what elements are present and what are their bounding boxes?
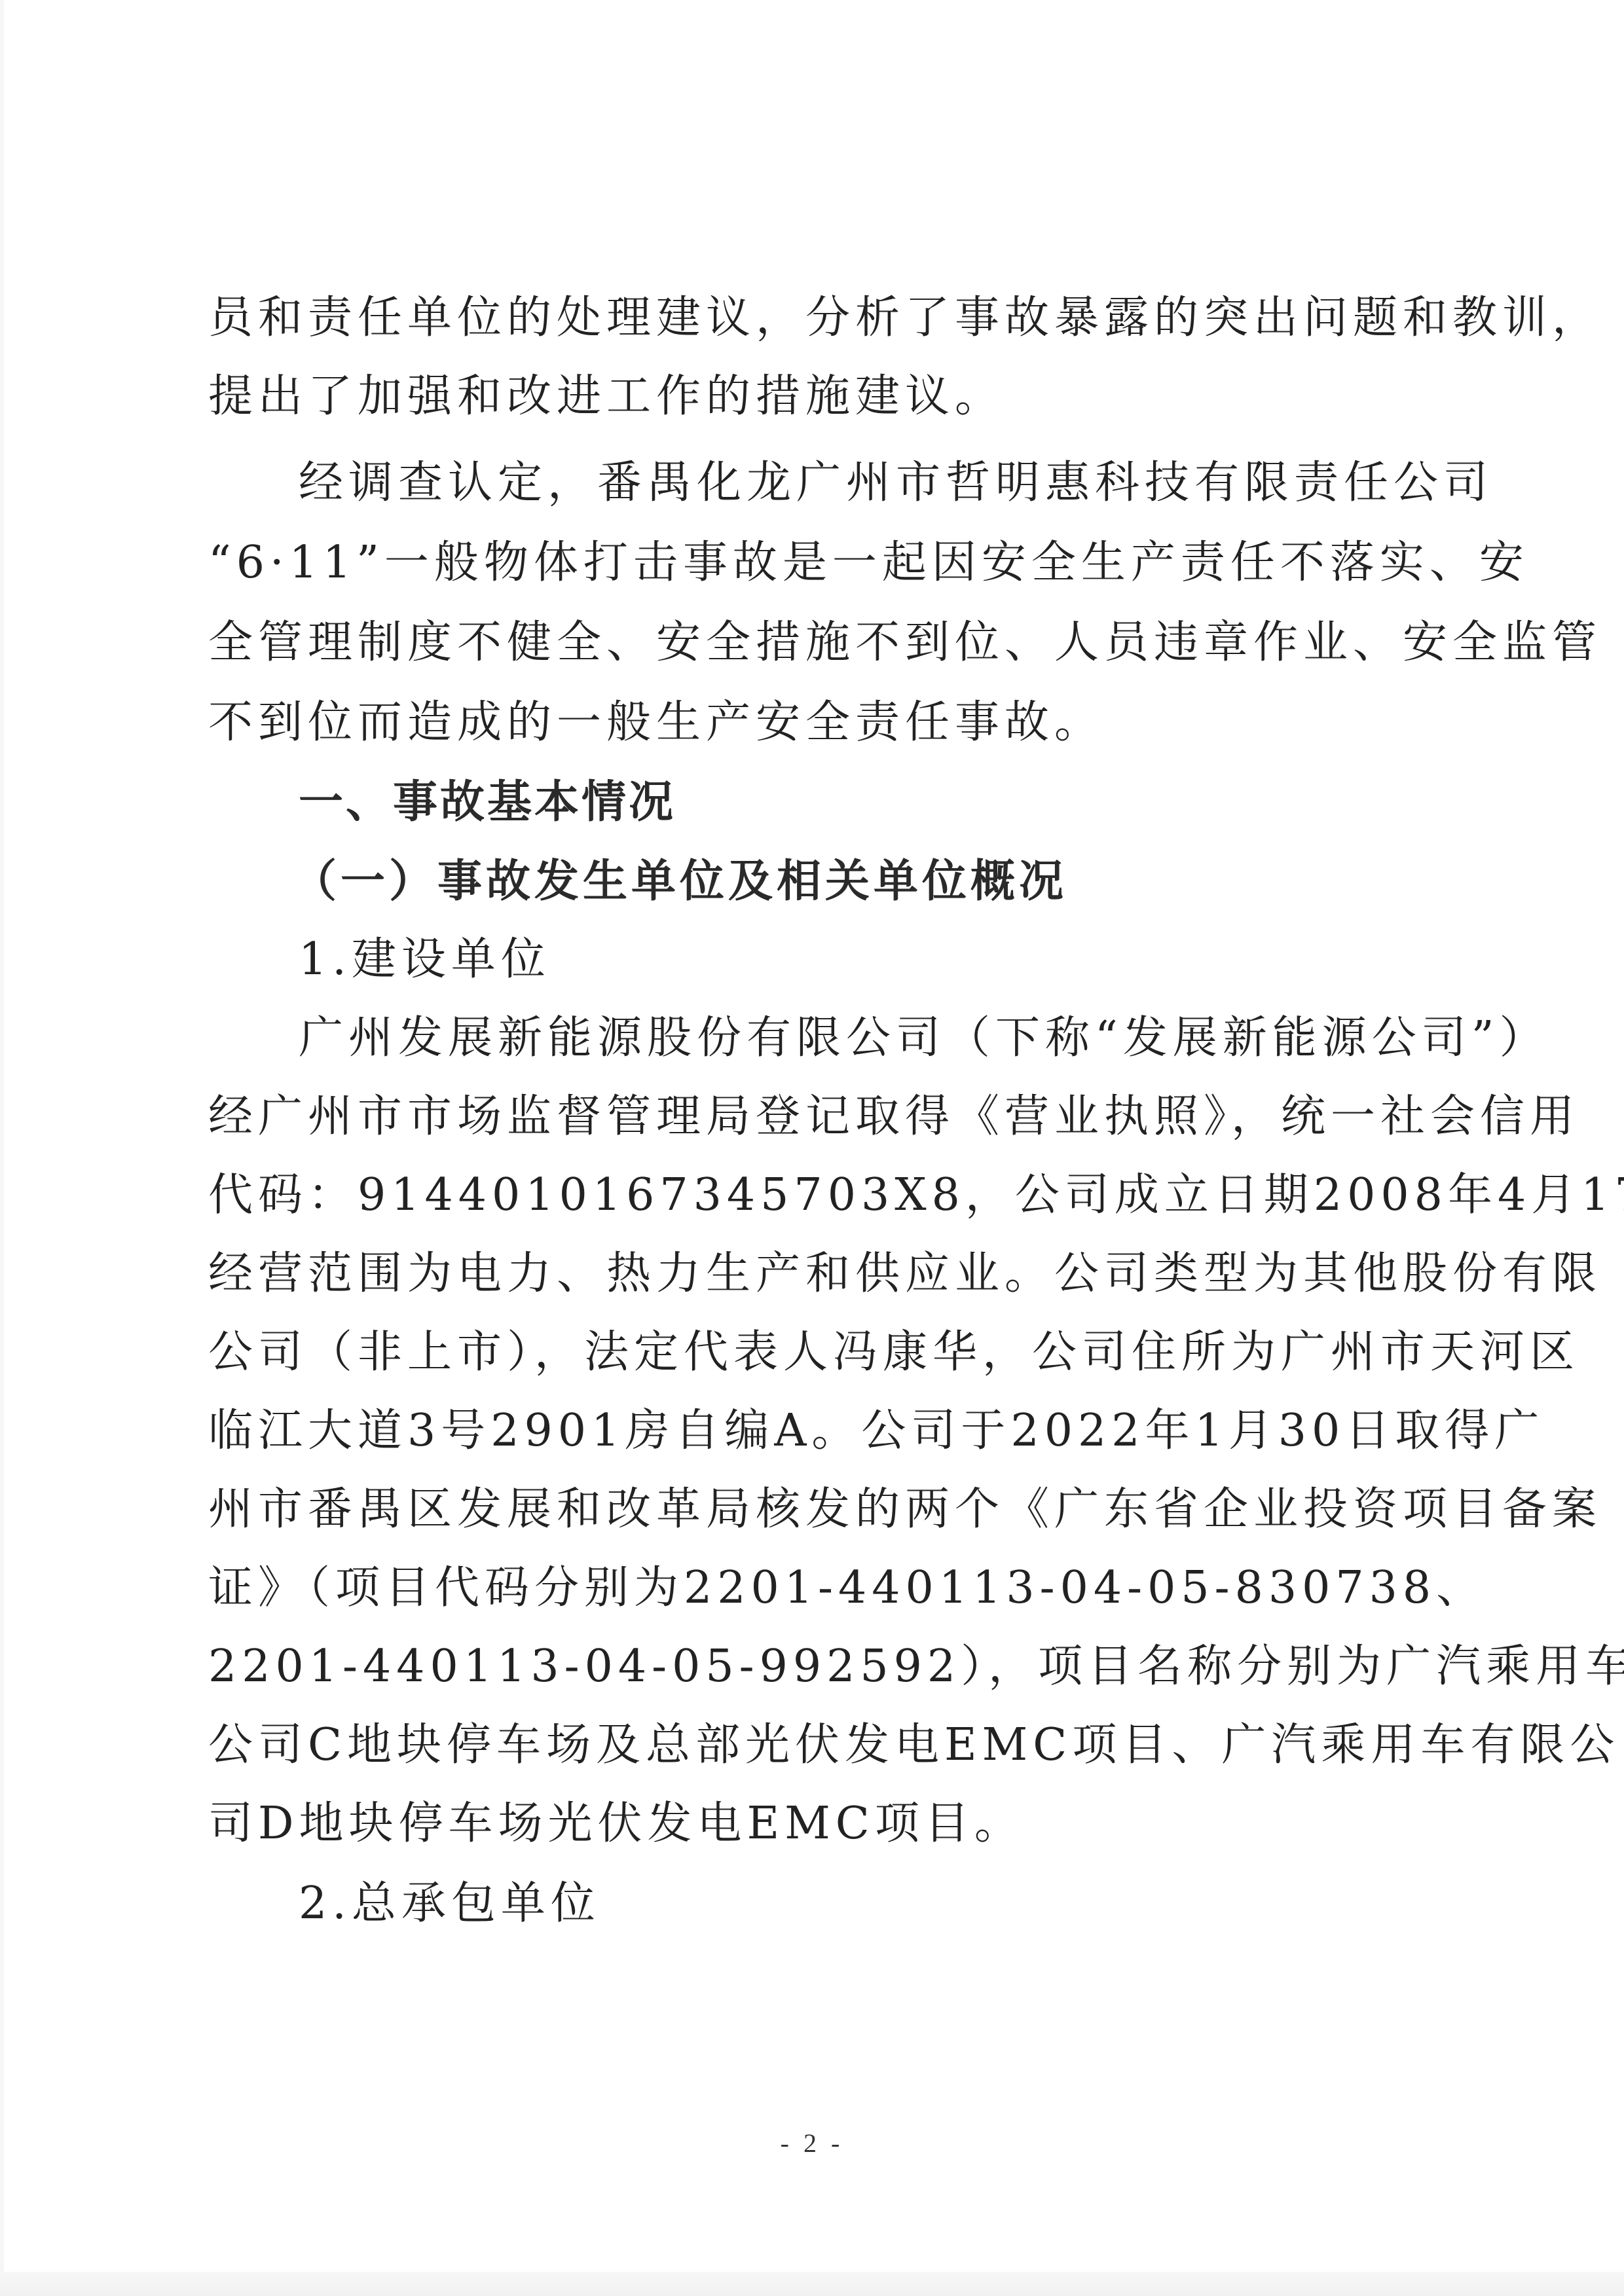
section-heading: 一、事故基本情况 [299, 766, 1426, 839]
paragraph-line: 提出了加强和改进工作的措施建议。 [208, 360, 1426, 433]
paragraph-line: 代码：9144010167345703X8，公司成立日期2008年4月17日， [208, 1159, 1426, 1232]
page-number: - 2 - [779, 2128, 845, 2159]
paragraph-line: 临江大道3号2901房自编A。公司于2022年1月30日取得广 [208, 1394, 1426, 1468]
paragraph-line: 司D地块停车场光伏发电EMC项目。 [208, 1787, 1426, 1861]
item-heading: 1.建设单位 [299, 923, 1426, 996]
paragraph-line: 经调查认定，番禺化龙广州市哲明惠科技有限责任公司 [299, 446, 1426, 520]
scan-edge-left [0, 0, 4, 2296]
paragraph-line: 经广州市市场监督管理局登记取得《营业执照》，统一社会信用 [208, 1080, 1426, 1154]
paragraph-line: 公司（非上市），法定代表人冯康华，公司住所为广州市天河区 [208, 1316, 1426, 1389]
document-page: 员和责任单位的处理建议，分析了事故暴露的突出问题和教训， 提出了加强和改进工作的… [0, 0, 1624, 2296]
paragraph-line: “6·11”一般物体打击事故是一起因安全生产责任不落实、安 [208, 526, 1426, 600]
item-heading: 2.总承包单位 [299, 1867, 1426, 1941]
paragraph-line: 证》（项目代码分别为2201-440113-04-05-830738、 [208, 1552, 1426, 1625]
paragraph-line: 员和责任单位的处理建议，分析了事故暴露的突出问题和教训， [208, 282, 1426, 355]
subsection-heading: （一）事故发生单位及相关单位概况 [292, 845, 1420, 918]
paragraph-line: 州市番禺区发展和改革局核发的两个《广东省企业投资项目备案 [208, 1473, 1426, 1546]
paragraph-line: 全管理制度不健全、安全措施不到位、人员违章作业、安全监管 [208, 606, 1426, 680]
paragraph-line: 经营范围为电力、热力生产和供应业。公司类型为其他股份有限 [208, 1237, 1426, 1311]
paragraph-line: 不到位而造成的一般生产安全责任事故。 [208, 686, 1426, 759]
paragraph-line: 2201-440113-04-05-992592），项目名称分别为广汽乘用车有限 [208, 1630, 1426, 1704]
scan-edge-bottom [0, 2272, 1624, 2296]
paragraph-line: 广州发展新能源股份有限公司（下称“发展新能源公司”） [299, 1002, 1426, 1075]
paragraph-line: 公司C地块停车场及总部光伏发电EMC项目、广汽乘用车有限公 [208, 1709, 1426, 1782]
